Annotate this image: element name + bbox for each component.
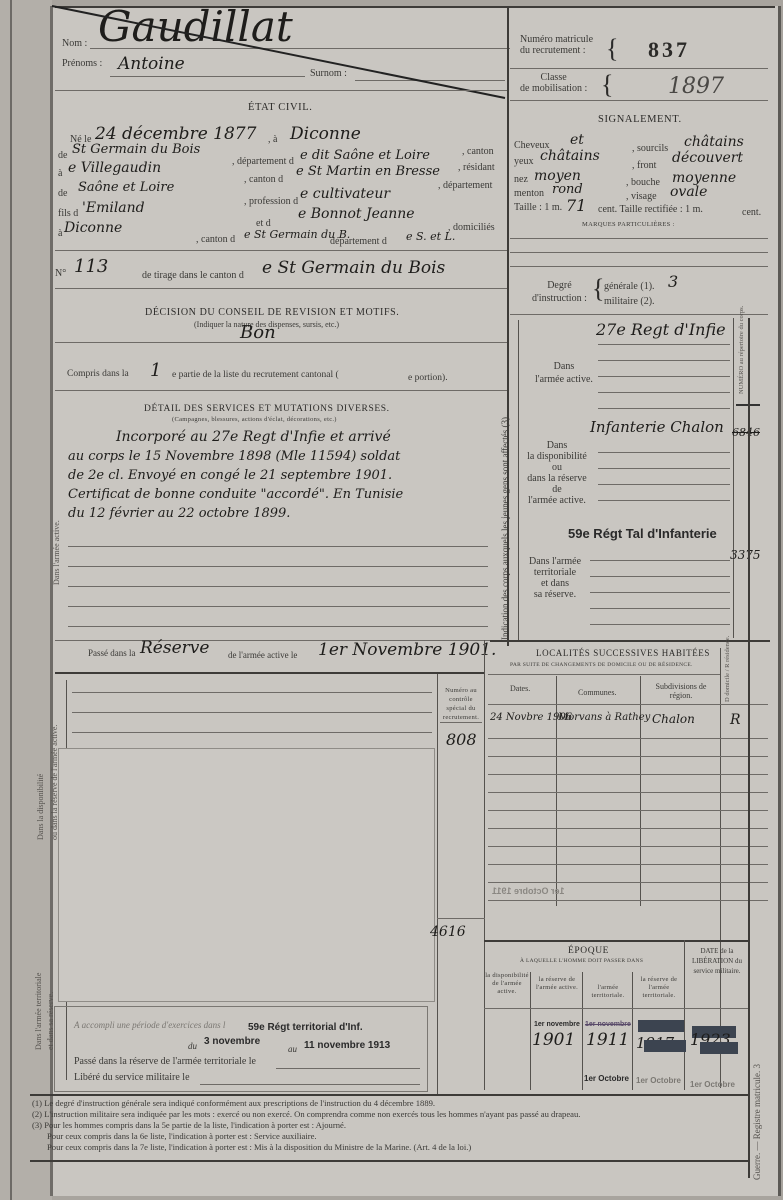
dispo-label: Dansla disponibilitéoudans la réservedel… (524, 440, 590, 506)
exercices-label: A accompli une période d'exercices dans … (74, 1020, 225, 1030)
instruction-generale-label: générale (1). (604, 281, 655, 292)
rule-v (684, 940, 685, 1090)
numero-controle-value-2: 4616 (430, 924, 466, 940)
father-name: 'Emiland (82, 200, 145, 216)
rule (598, 408, 730, 409)
right-border (748, 318, 750, 1178)
rule (510, 252, 768, 253)
brace: { (592, 274, 604, 304)
rule (488, 828, 768, 829)
mother-name: e Bonnot Jeanne (298, 206, 415, 222)
yeux-value: châtains (540, 148, 600, 164)
rule (510, 314, 768, 315)
epoque-col: l'armée territoriale. (584, 984, 632, 1000)
epoque-subtitle: À LAQUELLE L'HOMME DOIT PASSER DANS (520, 958, 643, 964)
visage-label: , visage (626, 191, 657, 202)
birth-departement: e dit Saône et Loire (300, 148, 430, 163)
birth-place: Diconne (290, 124, 361, 144)
col-communes: Communes. (578, 688, 616, 697)
partie-label: e partie de la liste du recrutement cant… (172, 370, 339, 380)
passe-label: Passé dans la (88, 648, 136, 658)
binding-line (10, 0, 12, 1200)
services-title: DÉTAIL DES SERVICES ET MUTATIONS DIVERSE… (144, 404, 390, 414)
rule (598, 376, 730, 377)
fils-label: fils d (58, 208, 78, 219)
rule (510, 266, 768, 267)
pasted-blank-patch (58, 748, 435, 1002)
rule-v (632, 972, 633, 1090)
localites-subtitle: PAR SUITE DE CHANGEMENTS DE DOMICILE OU … (510, 662, 693, 668)
decision-title: DÉCISION DU CONSEIL DE REVISION ET MOTIF… (145, 307, 399, 318)
epoque-title: ÉPOQUE (568, 946, 609, 956)
armee-active-label: de l'armée active le (228, 650, 297, 660)
epoque-stamp-bottom: 1er Octobre (584, 1074, 629, 1083)
rule (488, 900, 768, 901)
rule (488, 774, 768, 775)
right-margin-label: Guerre. — Registre matricule. 3 (752, 1010, 762, 1180)
matricule-sep (510, 68, 768, 69)
exercices-stamp: 59e Régt territorial d'Inf. (248, 1022, 363, 1033)
rule (72, 712, 432, 713)
yeux-label: yeux (514, 156, 533, 167)
a-label: , à (268, 134, 277, 145)
rule (488, 792, 768, 793)
nez-label: nez (514, 174, 528, 185)
departement-label: , département d (232, 156, 294, 167)
header-sep (55, 90, 507, 91)
partie-value: 1 (150, 360, 161, 381)
redaction-stamp (638, 1020, 684, 1032)
tirage-label: de tirage dans le canton d (142, 270, 244, 281)
epoque-stamp-bottom: 1er Octobre (690, 1080, 735, 1089)
rule (276, 1068, 420, 1069)
marques-label: MARQUES PARTICULIÈRES : (582, 221, 675, 228)
bouche-label: , bouche (626, 177, 660, 188)
canton-label: , canton d (244, 174, 283, 185)
rule (488, 810, 768, 811)
residence-canton: e St Martin en Bresse (296, 164, 440, 179)
de-label: de (58, 188, 67, 199)
etat-civil-sep (55, 250, 507, 251)
epoque-top (484, 940, 748, 942)
brace: { (601, 70, 613, 100)
affectation-vertical-label: Indication des corps auxquels les jeunes… (500, 340, 510, 640)
de-label: de (58, 150, 67, 161)
dispo-value: Infanterie Chalon (590, 418, 724, 436)
rule-v (582, 972, 583, 1090)
epoque-col: la disponibilité de l'armée active. (484, 972, 530, 996)
binding-strip (0, 0, 52, 1200)
portion-label: e portion). (408, 373, 448, 383)
au-value: 11 novembre 1913 (304, 1040, 390, 1051)
taille-rect-label: cent. Taille rectifiée : 1 m. (598, 204, 703, 215)
footnote-bottom (30, 1160, 748, 1162)
strike-through-line (50, 4, 510, 100)
classe-sep (510, 100, 768, 101)
taille-label: Taille : 1 m. (514, 202, 562, 213)
departement-label: , département (438, 180, 492, 191)
territoriale-numero: 3375 (730, 548, 761, 562)
libere-label: Libéré du service militaire le (74, 1072, 190, 1083)
rule (72, 692, 432, 693)
birth-canton: St Germain du Bois (72, 142, 200, 157)
numero-controle-label: Numéro au contrôle spécial du recrutemen… (440, 686, 482, 722)
sourcils-label: , sourcils (632, 143, 668, 154)
margin-label-dispo-1: Dans la disponibilité (36, 690, 45, 840)
tirage-no-label: N° (55, 268, 66, 279)
rule (590, 592, 730, 593)
rule-v (640, 676, 641, 906)
passe-date: 1er Novembre 1901. (318, 640, 496, 660)
faded-mirror-stamp: 1er Octobre 1911 (492, 886, 565, 896)
menton-label: menton (514, 188, 544, 199)
rule (68, 566, 488, 567)
canton-label: , canton d (196, 234, 235, 245)
rule (488, 882, 768, 883)
du-label: du (188, 1041, 197, 1051)
row-type: R (730, 712, 741, 728)
decision-sep (55, 342, 507, 343)
rule (598, 360, 730, 361)
rule-v (720, 648, 721, 1088)
territoriale-stamp: 59e Régt Tal d'Infanterie (568, 526, 717, 541)
departement-label: département d (330, 236, 387, 247)
rule (598, 392, 730, 393)
rule (68, 586, 488, 587)
instruction-militaire-label: militaire (2). (604, 296, 655, 307)
parents-domicile: Diconne (64, 220, 122, 236)
epoque-stamp: 1er novembre (534, 1021, 580, 1028)
rule (488, 864, 768, 865)
footnote: Pour ceux compris dans la 6e liste, l'in… (32, 1131, 752, 1142)
rule (488, 738, 768, 739)
rule-v (484, 640, 485, 1090)
rule-v (437, 674, 438, 1094)
services-line: Incorporé au 27e Regt d'Infie et arrivé (68, 428, 498, 447)
parents-departement: e S. et L. (406, 230, 455, 243)
col-subdivisions: Subdivisions de région. (646, 682, 716, 700)
rule (72, 732, 432, 733)
reserve-territoriale-label: Passé dans la réserve de l'armée territo… (74, 1056, 256, 1067)
col-dates: Dates. (510, 684, 530, 693)
rule (598, 344, 730, 345)
instruction-generale-value: 3 (668, 272, 678, 291)
passe-value: Réserve (140, 638, 209, 658)
taille-value: 71 (566, 196, 586, 215)
active-label: Dansl'armée active. (535, 360, 593, 386)
numero-controle-value: 808 (446, 730, 477, 749)
epoque-year: 1901 (532, 1030, 575, 1050)
rule (68, 626, 488, 627)
a-label: à (58, 228, 62, 239)
residence: e Villegaudin (68, 160, 161, 176)
services-line: Certificat de bonne conduite "accordé". … (68, 485, 498, 504)
footnote: (1) Le degré d'instruction générale sera… (32, 1098, 752, 1109)
a-label: à (58, 168, 62, 179)
footnote: (3) Pour les hommes compris dans la 5e p… (32, 1120, 752, 1131)
rule (590, 608, 730, 609)
footnote: (2) L'instruction militaire sera indiqué… (32, 1109, 752, 1120)
rule (488, 846, 768, 847)
tirage-number: 113 (74, 256, 108, 277)
rule (488, 674, 720, 675)
front-value: découvert (672, 150, 743, 166)
profession-label: , profession d (244, 196, 298, 207)
rule (488, 704, 768, 705)
signalement-title: SIGNALEMENT. (598, 114, 682, 125)
profession: e cultivateur (300, 186, 390, 202)
rule (200, 1084, 420, 1085)
matricule-label: Numéro matriculedu recrutement : (520, 34, 593, 56)
row-subdivision: Chalon (652, 712, 695, 726)
localites-side-label: D domicile / R résidence. (724, 652, 731, 702)
cheveux-value: et (570, 132, 584, 148)
classe-value: 1897 (668, 74, 724, 99)
rule (598, 468, 730, 469)
rule (484, 1008, 748, 1009)
canton-label: , canton (462, 146, 494, 157)
residence-departement: Saône et Loire (78, 180, 174, 195)
epoque-stamp: 1er novembre (585, 1021, 631, 1028)
rule (590, 560, 730, 561)
territoriale-label: Dans l'arméeterritorialeet danssa réserv… (524, 556, 586, 600)
rule (440, 722, 482, 723)
du-value: 3 novembre (204, 1036, 260, 1047)
compris-label: Compris dans la (67, 369, 129, 379)
services-line: au corps le 15 Novembre 1898 (Mle 11594)… (68, 447, 498, 466)
decision-value: Bon (240, 322, 276, 343)
numero-repertoire-label: NUMÉRO au répertoire du corps. (738, 324, 745, 394)
sourcils-value: châtains (684, 134, 744, 150)
tirage-canton: e St Germain du Bois (262, 258, 445, 278)
redaction-stamp (644, 1040, 686, 1052)
epoque-col: la réserve de l'armée territoriale. (634, 976, 684, 1000)
dispo-numero: 6846 (732, 426, 760, 439)
rule (68, 606, 488, 607)
rule (590, 624, 730, 625)
footnotes: (1) Le degré d'instruction générale sera… (32, 1098, 752, 1153)
rule-v (556, 676, 557, 906)
footnote-top (30, 1094, 748, 1096)
rule-v (530, 972, 531, 1090)
epoque-col: la réserve de l'armée active. (532, 976, 582, 992)
rule (437, 918, 485, 919)
passe-sep (55, 672, 485, 674)
localites-title: LOCALITÉS SUCCESSIVES HABITÉES (536, 648, 710, 658)
row-commune: Morvans à Rathey (558, 712, 650, 723)
services-subtitle: (Campagnes, blessures, actions d'éclat, … (172, 416, 337, 423)
taille-cent-label: cent. (742, 207, 761, 218)
epoque-year: 1911 (586, 1030, 629, 1050)
visage-value: ovale (670, 184, 707, 200)
rule (598, 452, 730, 453)
rule (68, 546, 488, 547)
tirage-sep (55, 288, 507, 289)
footnote: Pour ceux compris dans la 7e liste, l'in… (32, 1142, 752, 1153)
etat-civil-title: ÉTAT CIVIL. (248, 102, 312, 113)
instruction-label: Degréd'instruction : (532, 279, 587, 305)
compris-sep (55, 390, 507, 391)
menton-value: rond (552, 182, 583, 197)
redaction-stamp (700, 1042, 738, 1054)
margin-label-active: Dans l'armée active. (52, 485, 61, 585)
rule (488, 756, 768, 757)
date-liberation-label: DATE de la LIBÉRATION du service militai… (688, 946, 746, 976)
rule (590, 576, 730, 577)
au-label: au (288, 1044, 297, 1054)
epoque-stamp-bottom: 1er Octobre (636, 1076, 681, 1085)
services-text: Incorporé au 27e Regt d'Infie et arrivé … (68, 428, 498, 523)
active-value: 27e Regt d'Infie (596, 320, 726, 339)
rule (510, 238, 768, 239)
birth-date: 24 décembre 1877 (95, 124, 256, 144)
brace: { (606, 34, 618, 64)
residant-label: , résidant (458, 162, 495, 173)
rule-v (518, 320, 519, 640)
matricule-number: 837 (648, 37, 690, 63)
rule (598, 484, 730, 485)
classe-label: Classede mobilisation : (520, 72, 587, 94)
services-line: de 2e cl. Envoyé en congé le 21 septembr… (68, 466, 498, 485)
front-label: , front (632, 160, 656, 171)
rule-v (733, 318, 734, 638)
margin-label-terr-1: Dans l'armée territoriale (34, 930, 43, 1050)
rule (598, 500, 730, 501)
services-line: du 12 février au 22 octobre 1899. (68, 504, 498, 523)
